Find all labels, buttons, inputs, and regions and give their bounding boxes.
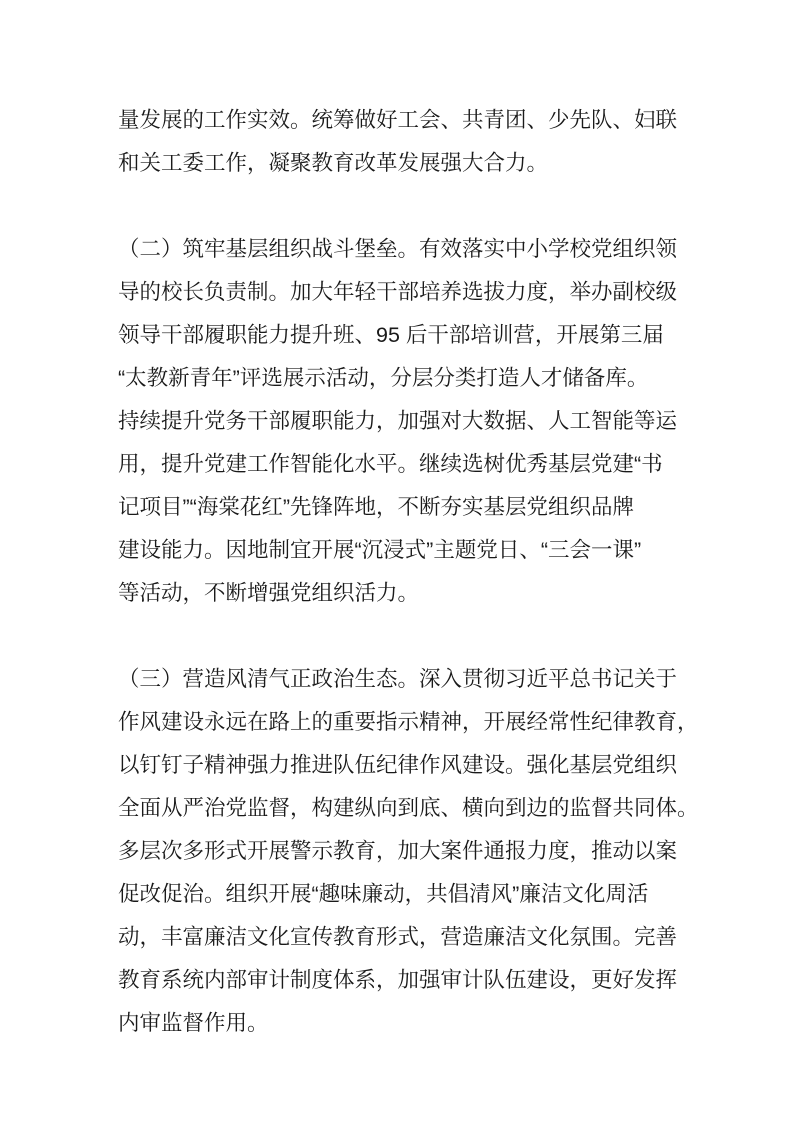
paragraph-3: （三）营造风清气正政治生态。深入贯彻习近平总书记关于 作风建设永远在路上的重要指… (118, 658, 684, 1045)
text-line: 持续提升党务干部履职能力，加强对大数据、人工智能等运 (118, 400, 684, 443)
text-line: （三）营造风清气正政治生态。深入贯彻习近平总书记关于 (118, 658, 684, 701)
text-line: 领导干部履职能力提升班、95 后干部培训营，开展第三届 (118, 314, 684, 357)
text-line: 多层次多形式开展警示教育，加大案件通报力度，推动以案 (118, 830, 684, 873)
text-line: 记项目”“海棠花红”先锋阵地，不断夯实基层党组织品牌 (118, 486, 684, 529)
text-line: 作风建设永远在路上的重要指示精神，开展经常性纪律教育， (118, 701, 684, 744)
text-line: （二）筑牢基层组织战斗堡垒。有效落实中小学校党组织领 (118, 228, 684, 271)
text-line: 建设能力。因地制宜开展“沉浸式”主题党日、“三会一课” (118, 529, 684, 572)
text-line: 和关工委工作，凝聚教育改革发展强大合力。 (118, 142, 684, 185)
text-line: 导的校长负责制。加大年轻干部培养选拔力度，举办副校级 (118, 271, 684, 314)
document-page: 量发展的工作实效。统筹做好工会、共青团、少先队、妇联 和关工委工作，凝聚教育改革… (0, 0, 793, 1122)
paragraph-1: 量发展的工作实效。统筹做好工会、共青团、少先队、妇联 和关工委工作，凝聚教育改革… (118, 99, 684, 185)
text-line: 促改促治。组织开展“趣味廉动，共倡清风”廉洁文化周活 (118, 873, 684, 916)
document-body: 量发展的工作实效。统筹做好工会、共青团、少先队、妇联 和关工委工作，凝聚教育改革… (118, 99, 684, 1045)
text-line: 动，丰富廉洁文化宣传教育形式，营造廉洁文化氛围。完善 (118, 916, 684, 959)
text-line: 内审监督作用。 (118, 1002, 684, 1045)
paragraph-2: （二）筑牢基层组织战斗堡垒。有效落实中小学校党组织领 导的校长负责制。加大年轻干… (118, 228, 684, 615)
text-line: 全面从严治党监督，构建纵向到底、横向到边的监督共同体。 (118, 787, 684, 830)
text-line: 以钉钉子精神强力推进队伍纪律作风建设。强化基层党组织 (118, 744, 684, 787)
text-line: “太教新青年”评选展示活动，分层分类打造人才储备库。 (118, 357, 684, 400)
text-line: 用，提升党建工作智能化水平。继续选树优秀基层党建“书 (118, 443, 684, 486)
text-line: 量发展的工作实效。统筹做好工会、共青团、少先队、妇联 (118, 99, 684, 142)
text-line: 教育系统内部审计制度体系，加强审计队伍建设，更好发挥 (118, 959, 684, 1002)
text-line: 等活动，不断增强党组织活力。 (118, 572, 684, 615)
